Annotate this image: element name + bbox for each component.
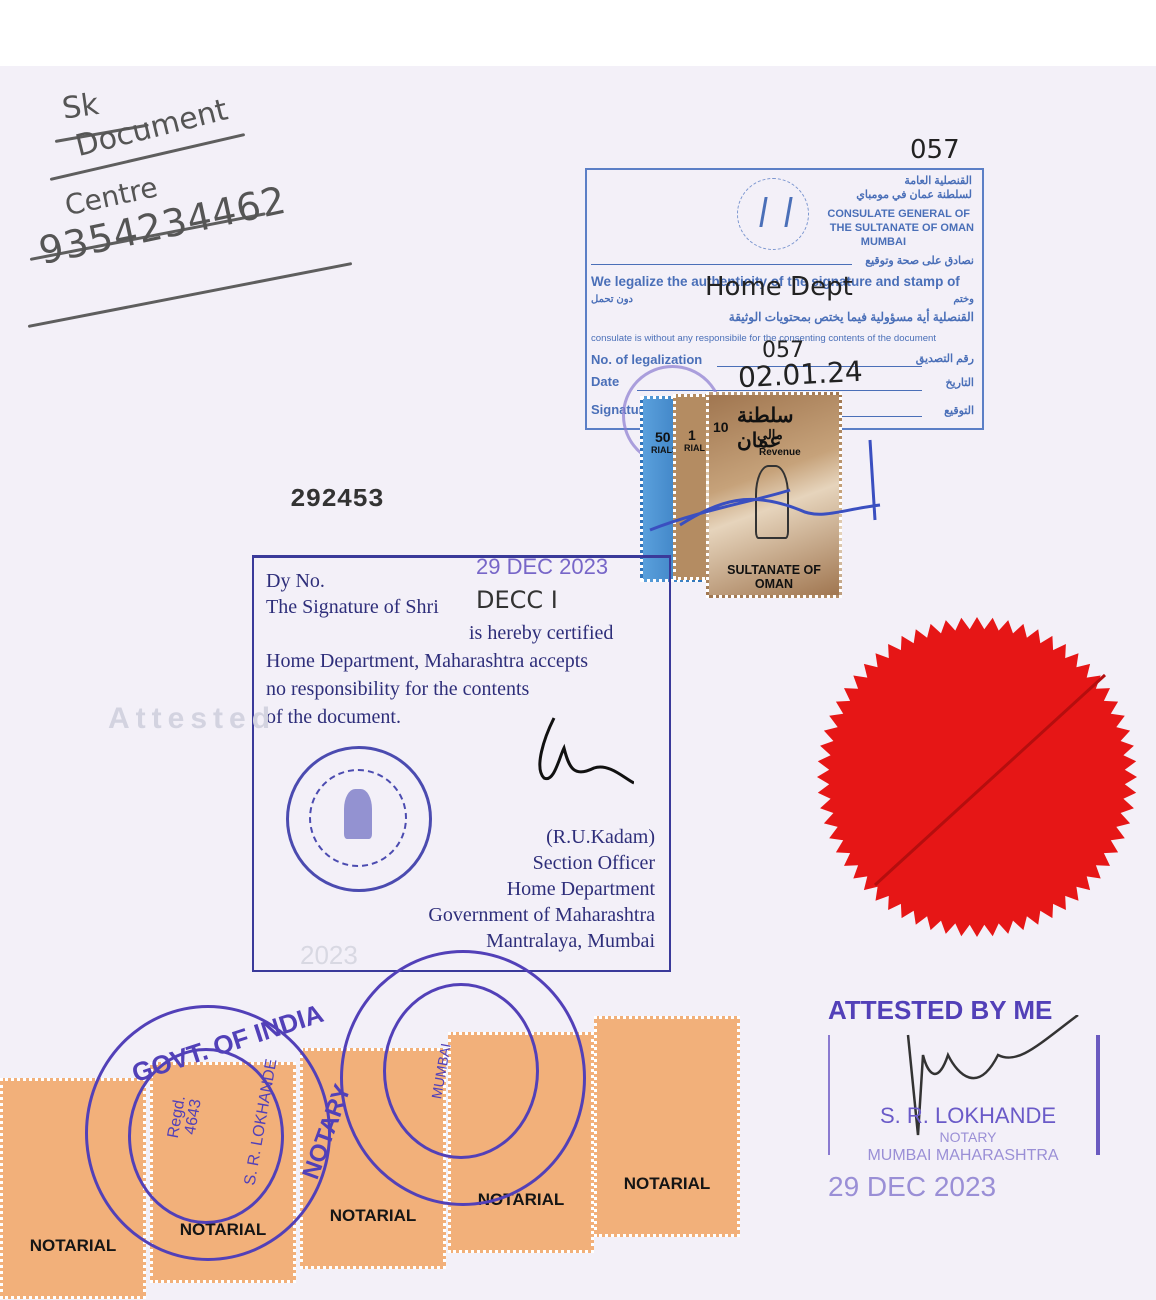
no-responsibility-text: no responsibility for the contents [266, 678, 529, 701]
signature-label-ar: التوقيع [944, 404, 974, 417]
stamp-label: NOTARIAL [3, 1236, 143, 1256]
arabic-legalize: نصادق على صحة وتوقيع [865, 254, 974, 267]
accepts-text: Home Department, Maharashtra accepts [266, 650, 588, 673]
red-wax-seal [815, 615, 1140, 940]
notary-date: 29 DEC 2023 [828, 1171, 996, 1203]
officer-name: (R.U.Kadam) [546, 826, 655, 849]
oman-emblem-icon [737, 178, 809, 250]
arabic-header: لسلطنة عمان في مومباي [856, 188, 972, 201]
faint-date-text: 2023 [300, 940, 358, 971]
notary-name: S. R. LOKHANDE [848, 1103, 1088, 1129]
certified-text: is hereby certified [469, 622, 613, 645]
officer-signature [514, 708, 634, 798]
arabic-text: وختم [953, 294, 974, 305]
officer-government: Government of Maharashtra [428, 904, 655, 927]
consulate-title: THE SULTANATE OF OMAN [830, 222, 974, 234]
notary-title: NOTARY [848, 1129, 1088, 1145]
home-department-seal [286, 746, 432, 892]
notarial-stamp: NOTARIAL [594, 1016, 740, 1237]
note-line-sk: Sk [60, 87, 101, 127]
officer-place: Mantralaya, Mumbai [486, 930, 655, 953]
dy-no-label: Dy No. [266, 570, 325, 593]
notary-place: MUMBAI MAHARASHTRA [828, 1147, 1098, 1165]
notary-attestation-stamp: ATTESTED BY ME S. R. LOKHANDE NOTARY MUM… [828, 995, 1052, 1026]
arabic-text: القنصلية أية مسؤولية فيما يختص بمحتويات … [591, 310, 974, 324]
home-department-stamp: 29 DEC 2023 Dy No. The Signature of Shri… [252, 555, 671, 972]
arabic-text: دون تحمل [591, 294, 633, 305]
faint-attested-text: Attested [108, 702, 276, 736]
signature-of-label: The Signature of Shri [266, 596, 439, 619]
ashoka-emblem-icon [344, 789, 372, 839]
arabic-header: القنصلية العامة [904, 174, 972, 187]
dy-number: 292453 [290, 484, 384, 514]
consulate-title: CONSULATE GENERAL OF [827, 208, 970, 220]
handwritten-authority: Home Dept [705, 272, 853, 302]
handwritten-date: 02.01.24 [737, 355, 863, 394]
date-stamp: 29 DEC 2023 [476, 554, 608, 580]
consulate-title: MUMBAI [861, 236, 906, 248]
notary-round-seal: GOVT. OF INDIA Regd. 4643 S. R. LOKHANDE… [85, 1005, 331, 1261]
signature-of-value: DECC I [476, 586, 558, 614]
date-label: Date [591, 374, 619, 389]
legalization-no-label: No. of legalization [591, 352, 702, 367]
stamp-label: NOTARIAL [303, 1206, 443, 1226]
of-document-text: of the document. [266, 706, 401, 729]
notary-round-seal: MUMBAI [340, 950, 586, 1206]
officer-title: Section Officer [533, 852, 655, 875]
consul-signature [640, 430, 890, 570]
date-label-ar: التاريخ [945, 376, 974, 389]
stamp-label: NOTARIAL [597, 1174, 737, 1194]
top-right-number: 057 [910, 135, 960, 165]
officer-dept: Home Department [507, 878, 655, 901]
legalization-no-label-ar: رقم التصديق [916, 352, 974, 365]
